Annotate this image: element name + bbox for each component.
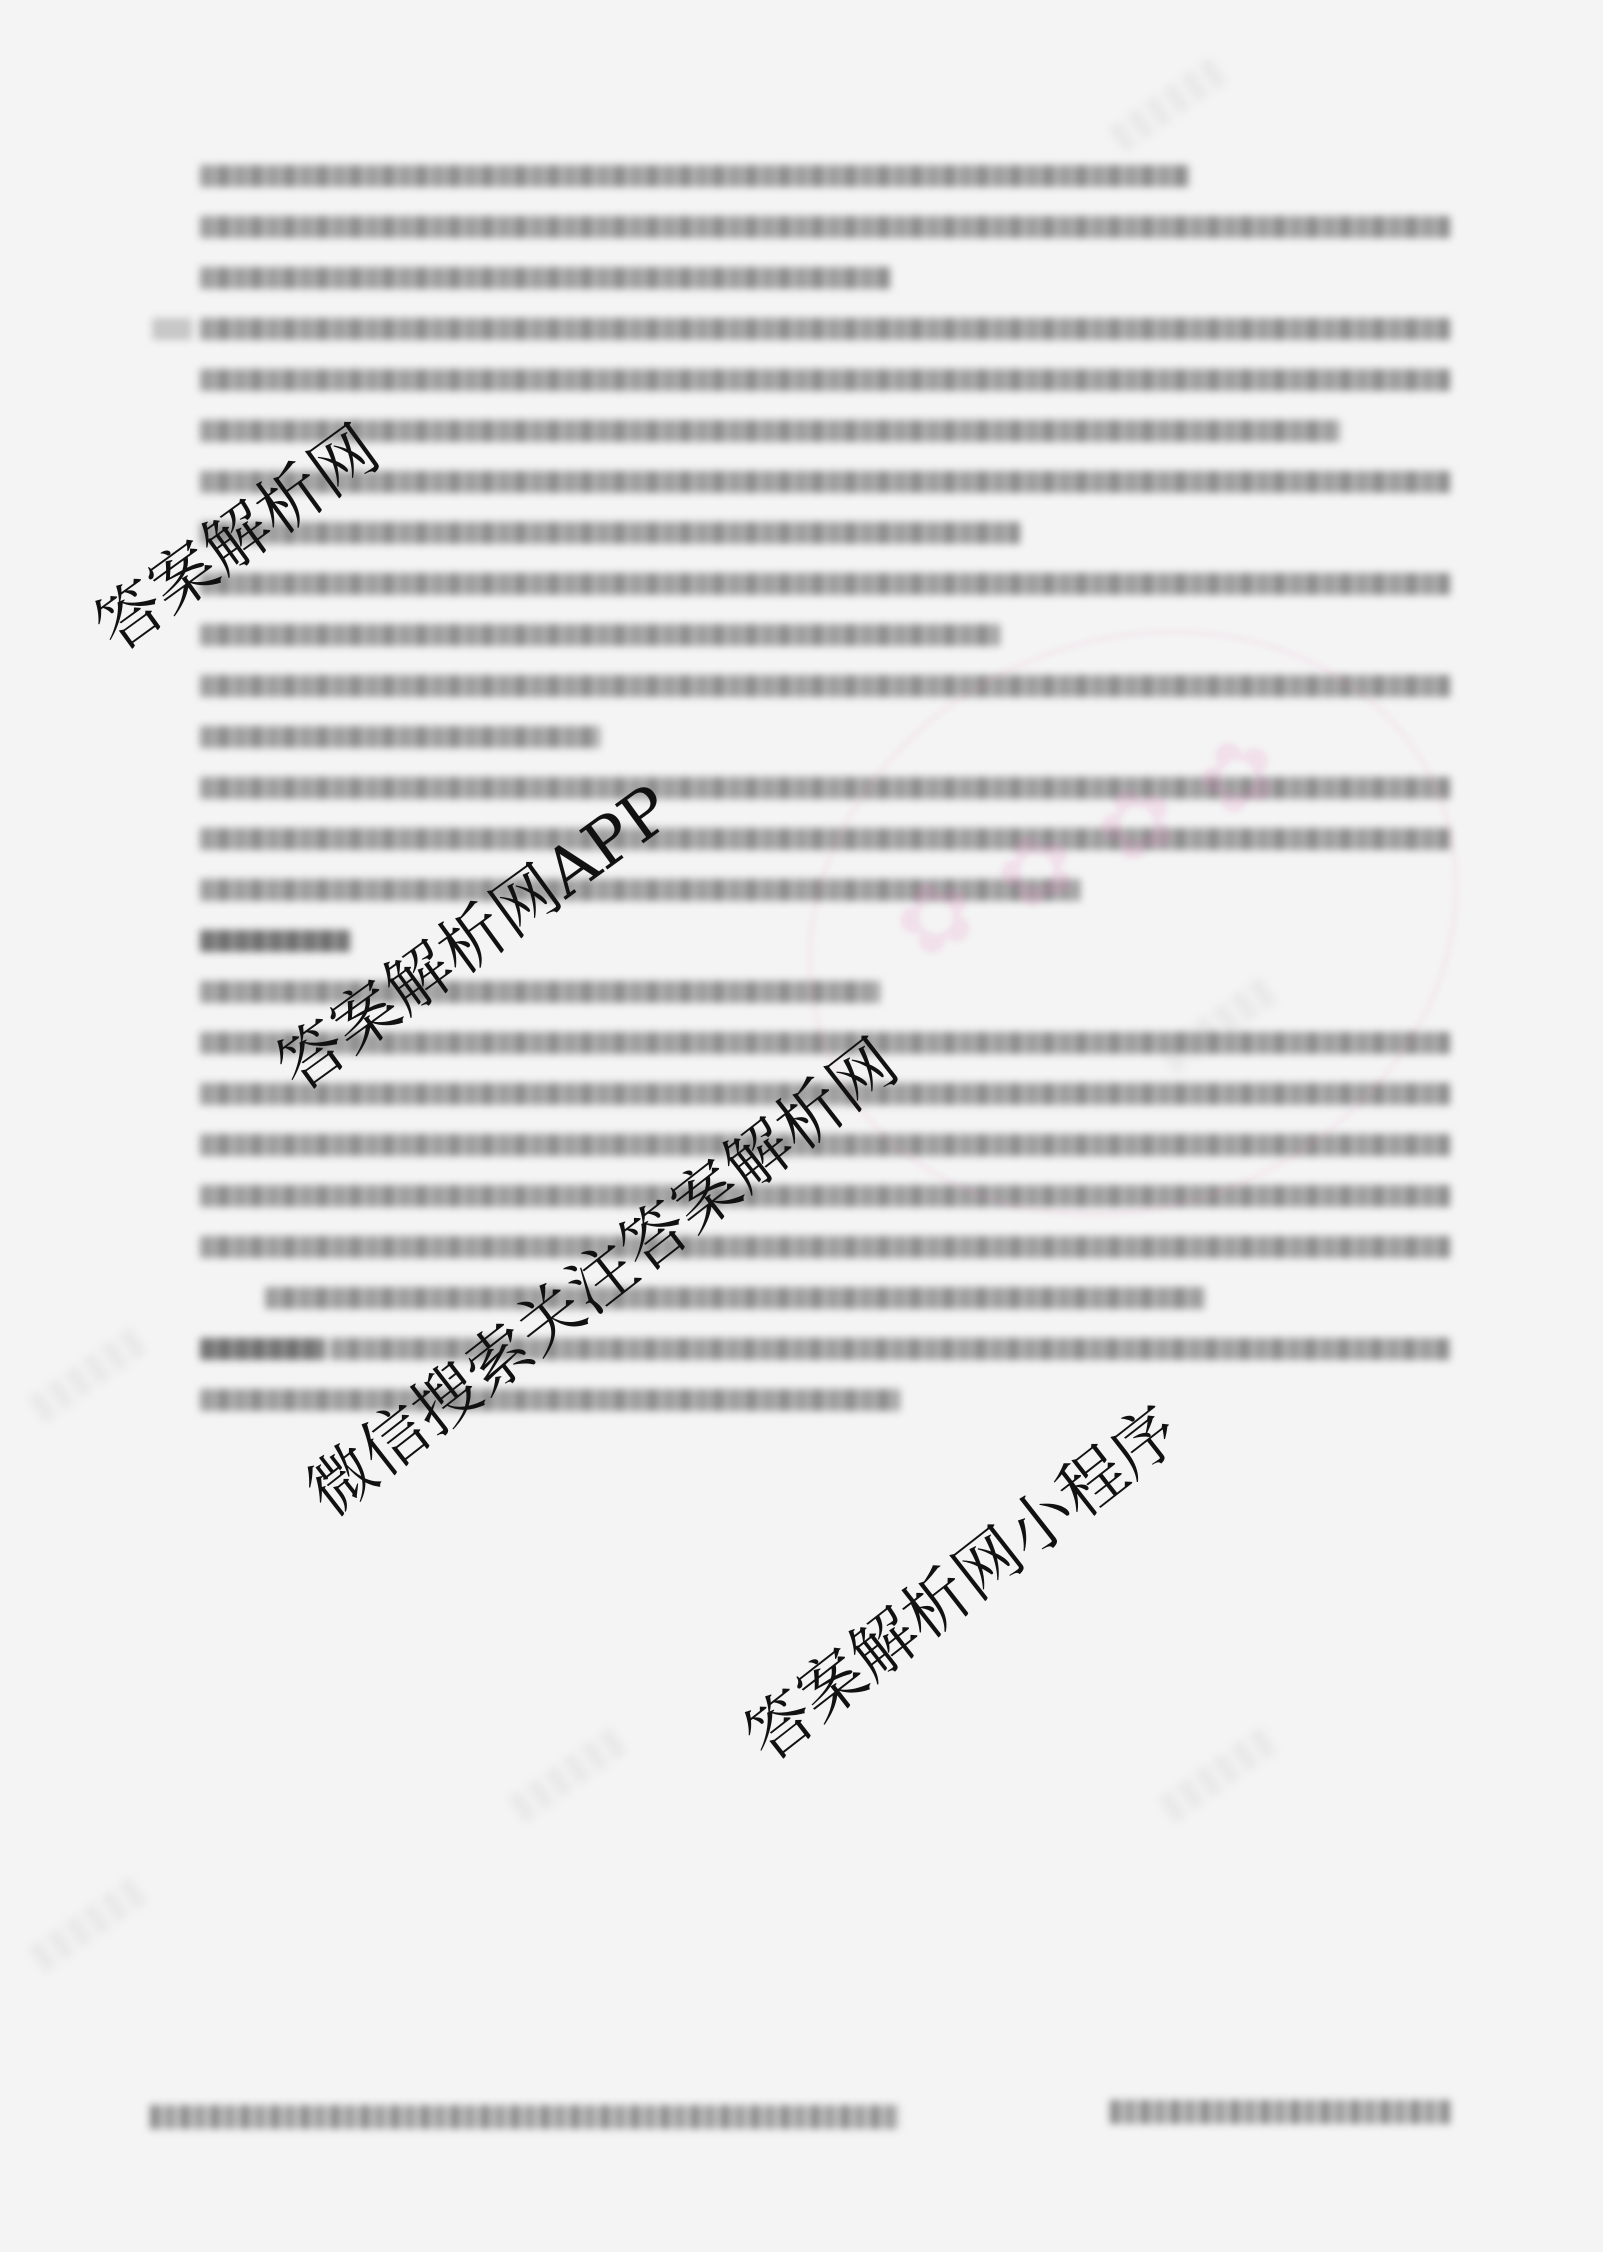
text-line bbox=[200, 624, 1000, 646]
text-line bbox=[200, 165, 1190, 187]
text-line bbox=[200, 1236, 1450, 1258]
text-line bbox=[200, 726, 600, 748]
footer-left bbox=[150, 2105, 900, 2129]
question-number bbox=[152, 318, 192, 340]
faint-watermark: ▮▮▮▮▮▮ bbox=[499, 1716, 634, 1829]
text-line bbox=[200, 318, 1450, 340]
subheading-line bbox=[200, 930, 350, 952]
faint-watermark: ▮▮▮▮▮▮ bbox=[1099, 46, 1234, 159]
faint-watermark: ▮▮▮▮▮▮ bbox=[1149, 1716, 1284, 1829]
text-line bbox=[200, 573, 1450, 595]
text-line bbox=[200, 267, 890, 289]
faint-watermark: ▮▮▮▮▮▮ bbox=[19, 1866, 154, 1979]
text-line bbox=[200, 216, 1450, 238]
document-page: ▮▮▮▮▮▮ ▮▮▮▮▮▮ ▮▮▮▮▮▮ ▮▮▮▮▮▮ ▮▮▮▮▮▮ ▮▮▮▮▮… bbox=[0, 0, 1603, 2252]
scoring-note-label bbox=[200, 1338, 325, 1360]
footer-right bbox=[1110, 2100, 1450, 2124]
faint-watermark: ▮▮▮▮▮▮ bbox=[19, 1316, 154, 1429]
text-line bbox=[200, 1185, 1450, 1207]
text-line bbox=[265, 1287, 1205, 1309]
text-line bbox=[200, 1389, 900, 1411]
text-line bbox=[200, 369, 1450, 391]
text-line bbox=[200, 420, 1340, 442]
